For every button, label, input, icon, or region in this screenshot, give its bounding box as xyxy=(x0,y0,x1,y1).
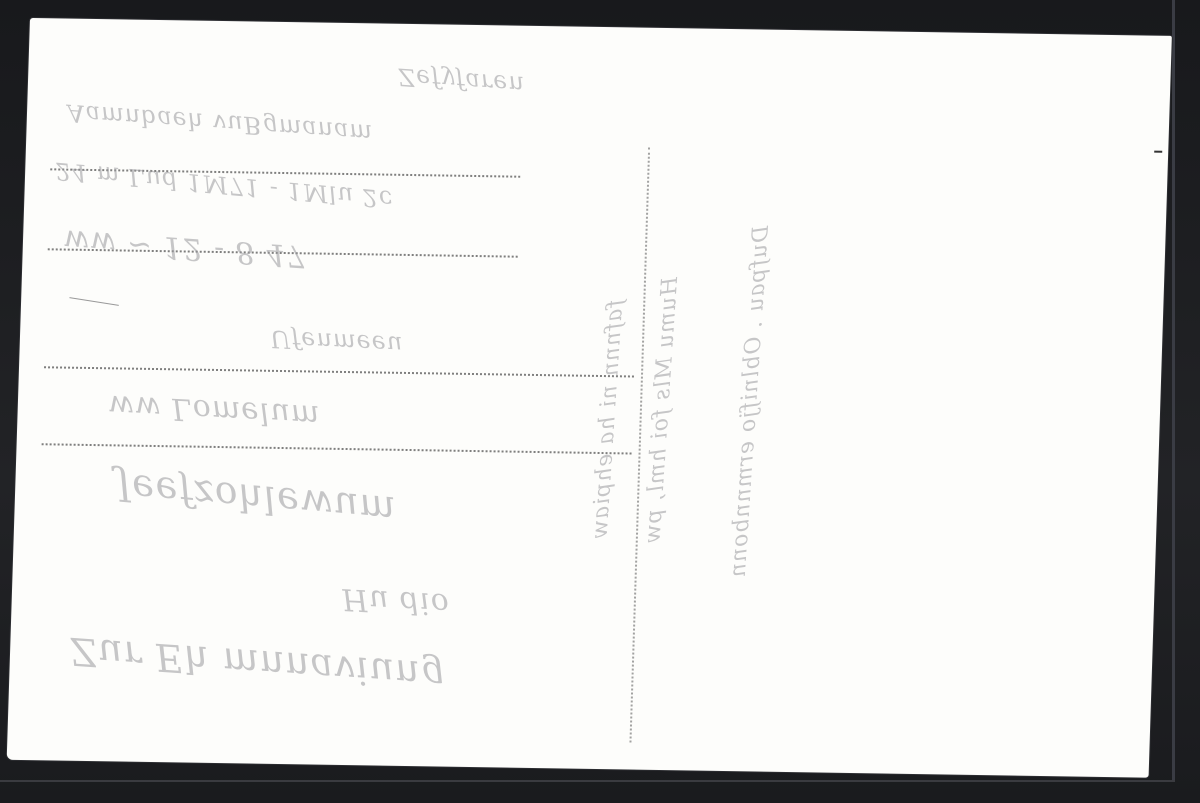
handwriting-line: Hu dio xyxy=(341,581,451,621)
card-edge-bottom xyxy=(0,780,1175,782)
handwriting-line: Aamnbaeh vuBgmanam xyxy=(66,99,374,148)
handwriting-vertical-line: fafnnn ni ha ehpiaw xyxy=(587,299,628,541)
handwriting-line: Jeefzohlewum xyxy=(113,465,397,533)
handwriting-line: Zur Eh mnnaviung xyxy=(69,629,447,698)
handwriting-line: Ufenmeeu xyxy=(269,325,404,360)
card-edge-right xyxy=(1172,0,1175,780)
address-line-4 xyxy=(42,443,632,454)
handwriting-vertical-line: Humu Mls foi hml, pw xyxy=(640,276,683,544)
handwriting-vertical-line: Dufpau . Oblnifjo ermnnbonn xyxy=(726,225,774,579)
handwriting-line: Zefyfaren xyxy=(397,63,526,100)
handwriting-line: ww ~ 12 - 8 47 xyxy=(62,222,308,273)
edge-mark xyxy=(69,297,118,306)
handwriting-line: 24 m Lud 1M71 - 1Mlu 2c xyxy=(54,157,394,214)
handwriting-line: ww Lomelum xyxy=(107,388,321,434)
edge-mark xyxy=(1154,151,1162,153)
postcard-back: Zefyfaren Aamnbaeh vuBgmanam 24 m Lud 1M… xyxy=(7,18,1172,778)
address-line-3 xyxy=(44,366,634,377)
